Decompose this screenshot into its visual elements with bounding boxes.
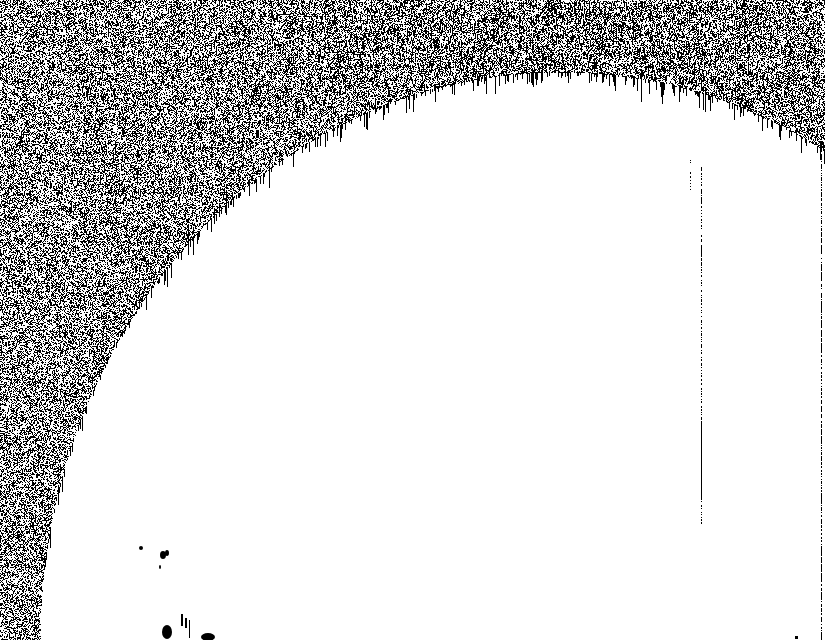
noise-scan-image xyxy=(0,0,825,640)
noise-texture-canvas xyxy=(0,0,825,640)
